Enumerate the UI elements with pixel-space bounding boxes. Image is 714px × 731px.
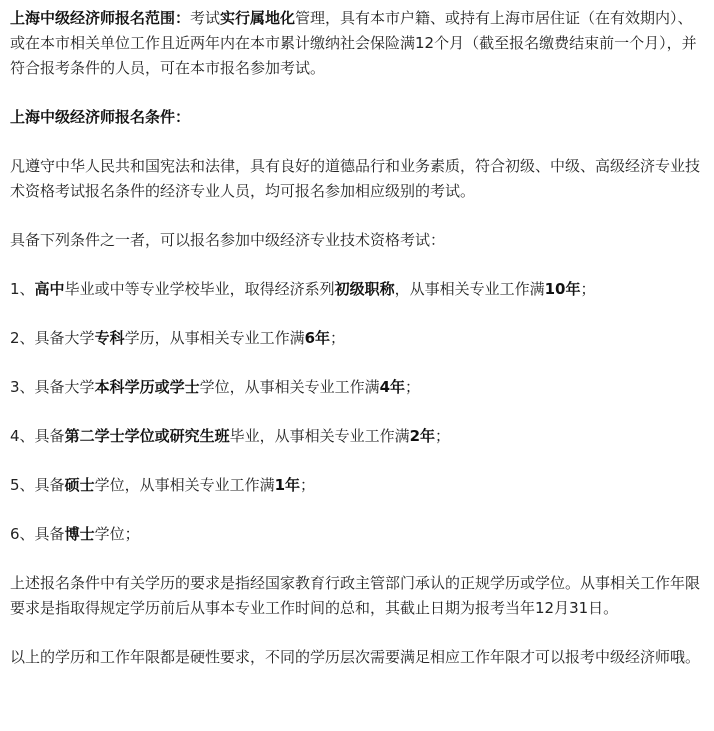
education-note: 上述报名条件中有关学历的要求是指经国家教育行政主管部门承认的正规学历或学位。从事…	[10, 571, 704, 621]
general-requirements: 凡遵守中华人民共和国宪法和法律，具有良好的道德品行和业务素质，符合初级、中级、高…	[10, 154, 704, 204]
scope-emphasis: 实行属地化	[220, 9, 295, 27]
scope-paragraph: 上海中级经济师报名范围：考试实行属地化管理，具有本市户籍、或持有上海市居住证（在…	[10, 6, 704, 81]
scope-text: 考试	[190, 9, 220, 27]
condition-item-4: 4、具备第二学士学位或研究生班毕业，从事相关专业工作满2年；	[10, 424, 704, 449]
condition-item-6: 6、具备博士学位；	[10, 522, 704, 547]
condition-item-3: 3、具备大学本科学历或学士学位，从事相关专业工作满4年；	[10, 375, 704, 400]
conditions-intro: 具备下列条件之一者，可以报名参加中级经济专业技术资格考试：	[10, 228, 704, 253]
article-body: 上海中级经济师报名范围：考试实行属地化管理，具有本市户籍、或持有上海市居住证（在…	[0, 0, 714, 670]
scope-label: 上海中级经济师报名范围：	[10, 9, 190, 27]
condition-item-2: 2、具备大学专科学历，从事相关专业工作满6年；	[10, 326, 704, 351]
conditions-heading: 上海中级经济师报名条件：	[10, 105, 704, 130]
condition-item-1: 1、高中毕业或中等专业学校毕业，取得经济系列初级职称，从事相关专业工作满10年；	[10, 277, 704, 302]
hard-requirement-note: 以上的学历和工作年限都是硬性要求，不同的学历层次需要满足相应工作年限才可以报考中…	[10, 645, 704, 670]
condition-item-5: 5、具备硕士学位，从事相关专业工作满1年；	[10, 473, 704, 498]
